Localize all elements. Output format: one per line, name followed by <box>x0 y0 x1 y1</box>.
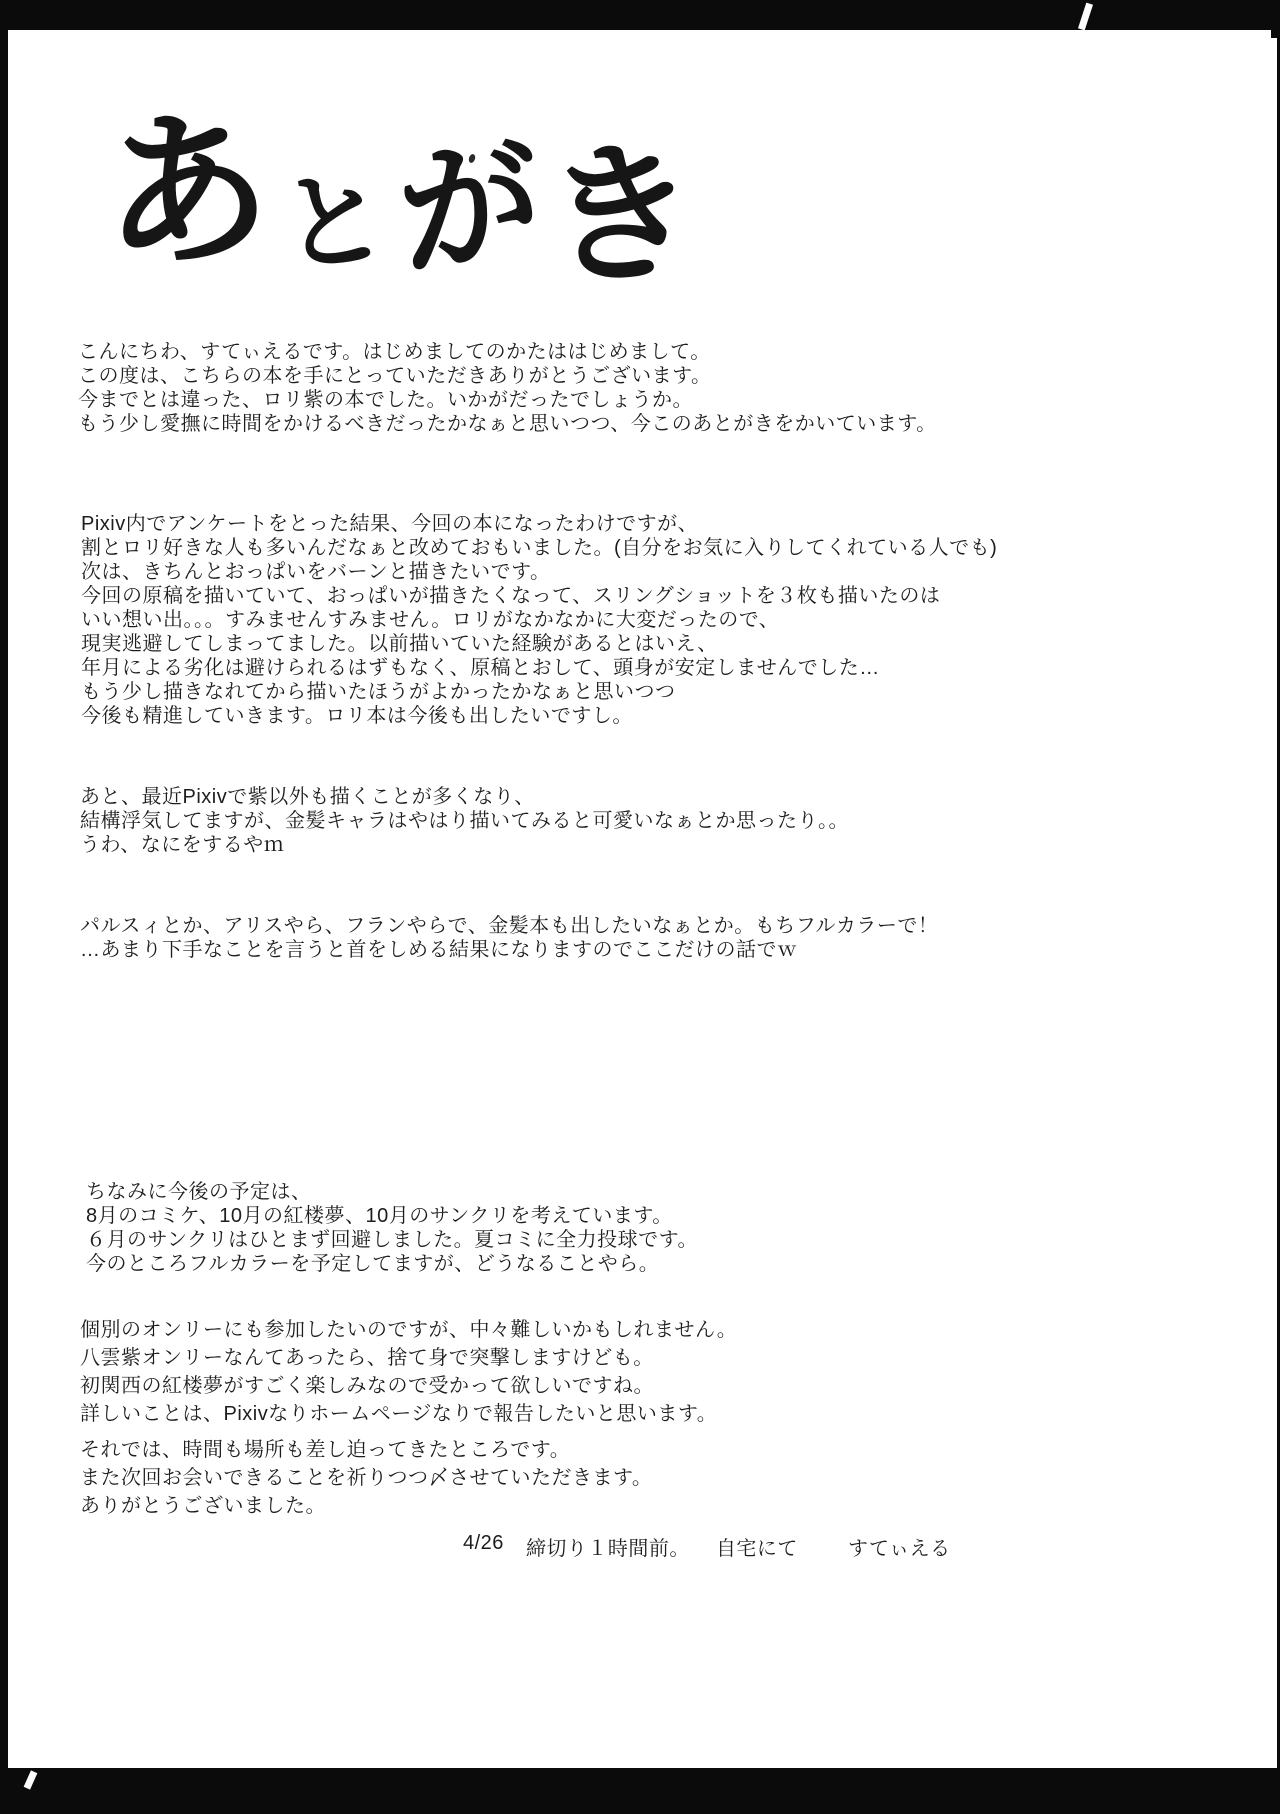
text-line: 今のところフルカラーを予定してますが、どうなることやら。 <box>86 1252 698 1276</box>
scan-artifact-bottom-left-notch <box>24 1770 38 1789</box>
text-line: 今後も精進していきます。ロリ本は今後も出したいですし。 <box>81 704 997 728</box>
signature-place: 自宅にて <box>716 1532 798 1561</box>
text-line: いい想い出。。。すみませんすみません。ロリがなかなかに大変だったので、 <box>81 608 997 632</box>
text-line: 詳しいことは、Pixivなりホームページなりで報告したいと思います。 <box>80 1400 737 1428</box>
paragraph-greeting: こんにちわ、すてぃえるです。はじめましてのかたははじめまして。 この度は、こちら… <box>78 340 937 436</box>
signature-date: 4/26 <box>463 1532 504 1561</box>
text-line: …あまり下手なことを言うと首をしめる結果になりますのでここだけの話でｗ <box>80 938 938 962</box>
paragraph-future-plans: ちなみに今後の予定は、 8月のコミケ、10月の紅楼夢、10月のサンクリを考えてい… <box>86 1180 698 1276</box>
scan-artifact-top-right-notch <box>1078 3 1093 31</box>
signature-line: 4/26 締切り１時間前。 自宅にて すてぃえる <box>463 1532 951 1561</box>
text-line: ６月のサンクリはひとまず回避しました。夏コミに全力投球です。 <box>86 1228 698 1252</box>
text-line: 今までとは違った、ロリ紫の本でした。いかがだったでしょうか。 <box>78 388 937 412</box>
text-line: もう少し愛撫に時間をかけるべきだったかなぁと思いつつ、今このあとがきをかいていま… <box>78 412 937 436</box>
text-line: 割とロリ好きな人も多いんだなぁと改めておもいました。(自分をお気に入りしてくれて… <box>81 536 997 560</box>
paragraph-other-characters: あと、最近Pixivで紫以外も描くことが多くなり、 結構浮気してますが、金髪キャ… <box>80 785 849 857</box>
afterword-title: あ と が き <box>103 108 691 292</box>
text-line: ちなみに今後の予定は、 <box>86 1180 698 1204</box>
signature-deadline: 締切り１時間前。 <box>526 1532 690 1561</box>
text-line: この度は、こちらの本を手にとっていただきありがとうございます。 <box>78 364 937 388</box>
text-line: こんにちわ、すてぃえるです。はじめましてのかたははじめまして。 <box>78 340 937 364</box>
scan-artifact-top-right-speck <box>1271 29 1280 38</box>
title-char: き <box>541 136 695 295</box>
scanned-page-background: あ と が き こんにちわ、すてぃえるです。はじめましてのかたははじめまして。 … <box>0 0 1280 1814</box>
text-line: 現実逃避してしまってました。以前描いていた経験があるとはいえ、 <box>81 632 997 656</box>
text-line: 次は、きちんとおっぱいをバーンと描きたいです。 <box>81 560 997 584</box>
paragraph-events: 個別のオンリーにも参加したいのですが、中々難しいかもしれません。 八雲紫オンリー… <box>80 1316 737 1428</box>
text-line: ありがとうございました。 <box>80 1492 652 1520</box>
text-line: 初関西の紅楼夢がすごく楽しみなので受かって欲しいですね。 <box>80 1372 737 1400</box>
text-line: うわ、なにをするやｍ <box>80 833 849 857</box>
paragraph-blonde-book: パルスィとか、アリスやら、フランやらで、金髪本も出したいなぁとか。もちフルカラー… <box>80 914 938 962</box>
text-line: また次回お会いできることを祈りつつ〆させていただきます。 <box>80 1464 652 1492</box>
text-line: あと、最近Pixivで紫以外も描くことが多くなり、 <box>80 785 849 809</box>
text-line: 結構浮気してますが、金髪キャラはやはり描いてみると可愛いなぁとか思ったり。。 <box>80 809 849 833</box>
title-char: が <box>391 130 543 288</box>
text-line: 年月による劣化は避けられるはずもなく、原稿とおして、頭身が安定しませんでした… <box>81 656 997 680</box>
text-line: Pixiv内でアンケートをとった結果、今回の本になったわけですが、 <box>81 512 997 536</box>
text-line: 個別のオンリーにも参加したいのですが、中々難しいかもしれません。 <box>80 1316 737 1344</box>
signature-author-name: すてぃえる <box>848 1532 951 1561</box>
paragraph-closing: それでは、時間も場所も差し迫ってきたところです。 また次回お会いできることを祈り… <box>80 1436 652 1520</box>
title-char: あ <box>100 105 268 279</box>
page: あ と が き こんにちわ、すてぃえるです。はじめましてのかたははじめまして。 … <box>8 30 1277 1768</box>
text-line: それでは、時間も場所も差し迫ってきたところです。 <box>80 1436 652 1464</box>
text-line: 八雲紫オンリーなんてあったら、捨て身で突撃しますけども。 <box>80 1344 737 1372</box>
paragraph-pixiv-survey: Pixiv内でアンケートをとった結果、今回の本になったわけですが、 割とロリ好き… <box>81 512 997 728</box>
text-line: パルスィとか、アリスやら、フランやらで、金髪本も出したいなぁとか。もちフルカラー… <box>80 914 938 938</box>
text-line: 8月のコミケ、10月の紅楼夢、10月のサンクリを考えています。 <box>86 1204 698 1228</box>
text-line: 今回の原稿を描いていて、おっぱいが描きたくなって、スリングショットを３枚も描いた… <box>81 584 997 608</box>
text-line: もう少し描きなれてから描いたほうがよかったかなぁと思いつつ <box>81 680 997 704</box>
title-char: と <box>276 165 387 281</box>
